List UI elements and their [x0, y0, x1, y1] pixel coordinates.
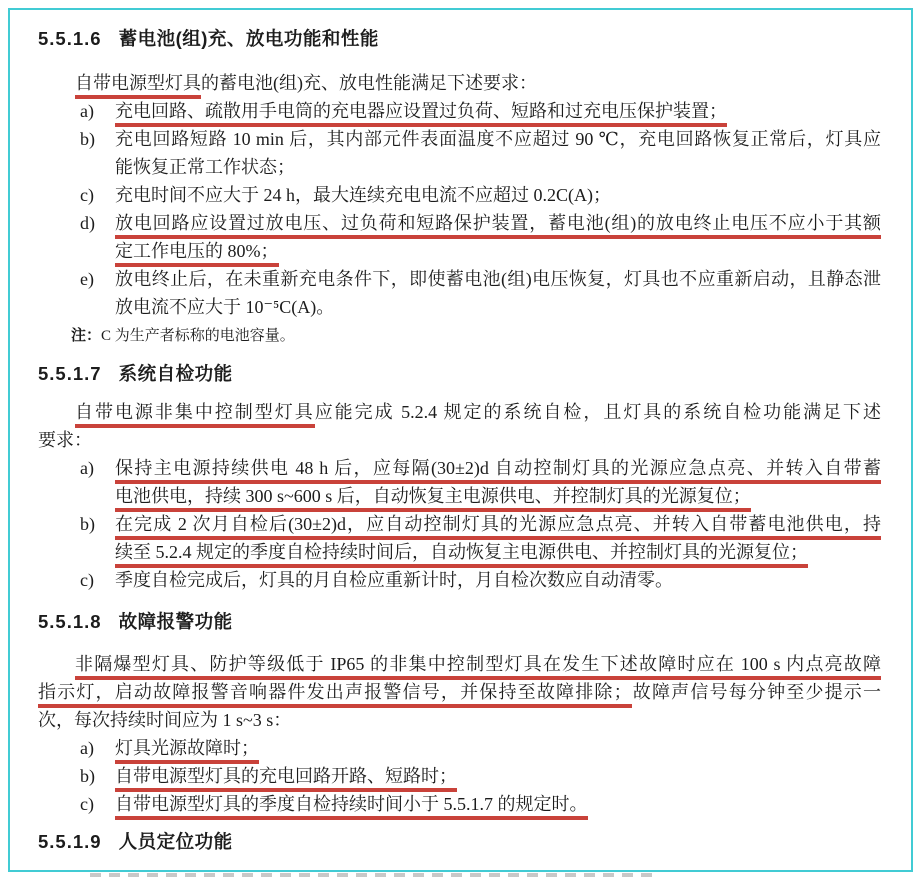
underlined-text: 指示灯，启动故障报警音响器件发出声报警信号，并保持至故障排除；	[38, 682, 632, 708]
section-heading: 5.5.1.7系统自检功能	[38, 359, 881, 389]
paragraph-line: 次，每次持续时间应为 1 s~3 s：	[38, 706, 881, 734]
text-segment: 充电时间不应大于 24 h，最大连续充电电流不应超过 0.2C(A)；	[115, 185, 611, 205]
list-item-letter: c)	[80, 566, 94, 594]
list-item-line: b)充电回路短路 10 min 后，其内部元件表面温度不应超过 90 ℃，充电回…	[38, 125, 881, 153]
text-segment: 放电终止后，在未重新充电条件下，即使蓄电池(组)电压恢复，灯具也不应重新启动，且…	[115, 269, 881, 289]
text-segment: 能恢复正常工作状态；	[115, 157, 295, 177]
list-item-letter: d)	[80, 209, 95, 237]
section-title: 故障报警功能	[119, 611, 233, 632]
section-number: 5.5.1.9	[38, 831, 102, 852]
underlined-text: 灯具光源故障时；	[115, 738, 259, 764]
underlined-text: 放电回路应设置过放电压、过负荷和短路保护装置，蓄电池(组)的放电终止电压不应小于…	[115, 213, 881, 239]
text-segment: 次，每次持续时间应为 1 s~3 s：	[38, 710, 291, 730]
text-segment: 充电回路短路 10 min 后，其内部元件表面温度不应超过 90 ℃，充电回路恢…	[115, 129, 881, 149]
underlined-text: 自带电源非集中控制型灯具	[75, 402, 315, 428]
section-5.5.1.6: 5.5.1.6蓄电池(组)充、放电功能和性能自带电源型灯具的蓄电池(组)充、放电…	[38, 24, 881, 349]
list-item-letter: c)	[80, 790, 94, 818]
list-item-letter: b)	[80, 510, 95, 538]
underlined-text: 保持主电源持续供电 48 h 后，应每隔(30±2)d 自动控制灯具的光源应急点…	[115, 458, 881, 484]
text-segment: 应能完成 5.2.4 规定的系统自检，且灯具的系统自检功能满足下述	[315, 402, 881, 422]
list-item-line: b)自带电源型灯具的充电回路开路、短路时；	[38, 762, 881, 790]
section-5.5.1.8: 5.5.1.8故障报警功能非隔爆型灯具、防护等级低于 IP65 的非集中控制型灯…	[38, 607, 881, 818]
list-item-line: a)保持主电源持续供电 48 h 后，应每隔(30±2)d 自动控制灯具的光源应…	[38, 454, 881, 482]
underlined-text: 自带电源型灯具的充电回路开路、短路时；	[115, 766, 457, 792]
underlined-text: 续至 5.2.4 规定的季度自检持续时间后，自动恢复主电源供电、并控制灯具的光源…	[115, 542, 808, 568]
list-item-line: b)在完成 2 次月自检后(30±2)d，应自动控制灯具的光源应急点亮、并转入自…	[38, 510, 881, 538]
note-line: 注：C 为生产者标称的电池容量。	[38, 321, 881, 349]
paragraph-line: 定工作电压的 80%；	[38, 237, 881, 265]
document-page: 5.5.1.6蓄电池(组)充、放电功能和性能自带电源型灯具的蓄电池(组)充、放电…	[0, 0, 921, 878]
underlined-text: 在完成 2 次月自检后(30±2)d，应自动控制灯具的光源应急点亮、并转入自带蓄…	[115, 514, 881, 540]
underlined-text: 定工作电压的 80%；	[115, 241, 279, 267]
list-item-line: e)放电终止后，在未重新充电条件下，即使蓄电池(组)电压恢复，灯具也不应重新启动…	[38, 265, 881, 293]
underlined-text: 自带电源型灯具的季度自检持续时间小于 5.5.1.7 的规定时。	[115, 794, 588, 820]
section-heading: 5.5.1.6蓄电池(组)充、放电功能和性能	[38, 24, 881, 54]
paragraph-line: 要求：	[38, 426, 881, 454]
list-item-letter: e)	[80, 265, 94, 293]
text-segment: 的蓄电池(组)充、放电性能满足下述要求：	[201, 73, 537, 93]
underlined-text: 充电回路、疏散用手电筒的充电器应设置过负荷、短路和过充电压保护装置；	[115, 101, 727, 127]
text-segment: 要求：	[38, 430, 92, 450]
list-item-line: c)自带电源型灯具的季度自检持续时间小于 5.5.1.7 的规定时。	[38, 790, 881, 818]
section-heading: 5.5.1.9人员定位功能	[38, 827, 881, 857]
list-item-line: c)季度自检完成后，灯具的月自检应重新计时，月自检次数应自动清零。	[38, 566, 881, 594]
paragraph-line: 指示灯，启动故障报警音响器件发出声报警信号，并保持至故障排除；故障声信号每分钟至…	[38, 678, 881, 706]
section-title: 蓄电池(组)充、放电功能和性能	[119, 28, 379, 49]
list-item-letter: c)	[80, 181, 94, 209]
list-item-line: a)灯具光源故障时；	[38, 734, 881, 762]
text-segment: 季度自检完成后，灯具的月自检应重新计时，月自检次数应自动清零。	[115, 570, 673, 590]
list-item-letter: a)	[80, 97, 94, 125]
section-number: 5.5.1.6	[38, 28, 102, 49]
section-5.5.1.9: 5.5.1.9人员定位功能	[38, 827, 881, 857]
cut-off-text-sliver	[90, 873, 660, 877]
list-item-letter: a)	[80, 734, 94, 762]
paragraph-line: 自带电源型灯具的蓄电池(组)充、放电性能满足下述要求：	[38, 69, 881, 97]
section-title: 系统自检功能	[119, 363, 233, 384]
paragraph-line: 非隔爆型灯具、防护等级低于 IP65 的非集中控制型灯具在发生下述故障时应在 1…	[38, 650, 881, 678]
paragraph-line: 能恢复正常工作状态；	[38, 153, 881, 181]
section-5.5.1.7: 5.5.1.7系统自检功能自带电源非集中控制型灯具应能完成 5.2.4 规定的系…	[38, 359, 881, 594]
list-item-letter: b)	[80, 762, 95, 790]
paragraph-line: 放电流不应大于 10⁻⁵C(A)。	[38, 293, 881, 321]
section-number: 5.5.1.8	[38, 611, 102, 632]
underlined-text: 电池供电，持续 300 s~600 s 后，自动恢复主电源供电、并控制灯具的光源…	[115, 486, 751, 512]
list-item-line: d)放电回路应设置过放电压、过负荷和短路保护装置，蓄电池(组)的放电终止电压不应…	[38, 209, 881, 237]
underlined-text: 自带电源型灯具	[75, 73, 201, 99]
note-label: 注：	[71, 327, 101, 344]
document-content: 5.5.1.6蓄电池(组)充、放电功能和性能自带电源型灯具的蓄电池(组)充、放电…	[38, 24, 881, 857]
text-segment: 故障声信号每分钟至少提示一	[632, 682, 881, 702]
list-item-line: c)充电时间不应大于 24 h，最大连续充电电流不应超过 0.2C(A)；	[38, 181, 881, 209]
paragraph-line: 电池供电，持续 300 s~600 s 后，自动恢复主电源供电、并控制灯具的光源…	[38, 482, 881, 510]
section-heading: 5.5.1.8故障报警功能	[38, 607, 881, 637]
list-item-line: a)充电回路、疏散用手电筒的充电器应设置过负荷、短路和过充电压保护装置；	[38, 97, 881, 125]
text-segment: 放电流不应大于 10⁻⁵C(A)。	[115, 297, 334, 317]
paragraph-line: 自带电源非集中控制型灯具应能完成 5.2.4 规定的系统自检，且灯具的系统自检功…	[38, 398, 881, 426]
section-title: 人员定位功能	[119, 831, 233, 852]
list-item-letter: a)	[80, 454, 94, 482]
underlined-text: 非隔爆型灯具、防护等级低于 IP65 的非集中控制型灯具在发生下述故障时应在 1…	[75, 654, 881, 680]
section-number: 5.5.1.7	[38, 363, 102, 384]
paragraph-line: 续至 5.2.4 规定的季度自检持续时间后，自动恢复主电源供电、并控制灯具的光源…	[38, 538, 881, 566]
text-segment: C 为生产者标称的电池容量。	[101, 328, 295, 344]
list-item-letter: b)	[80, 125, 95, 153]
